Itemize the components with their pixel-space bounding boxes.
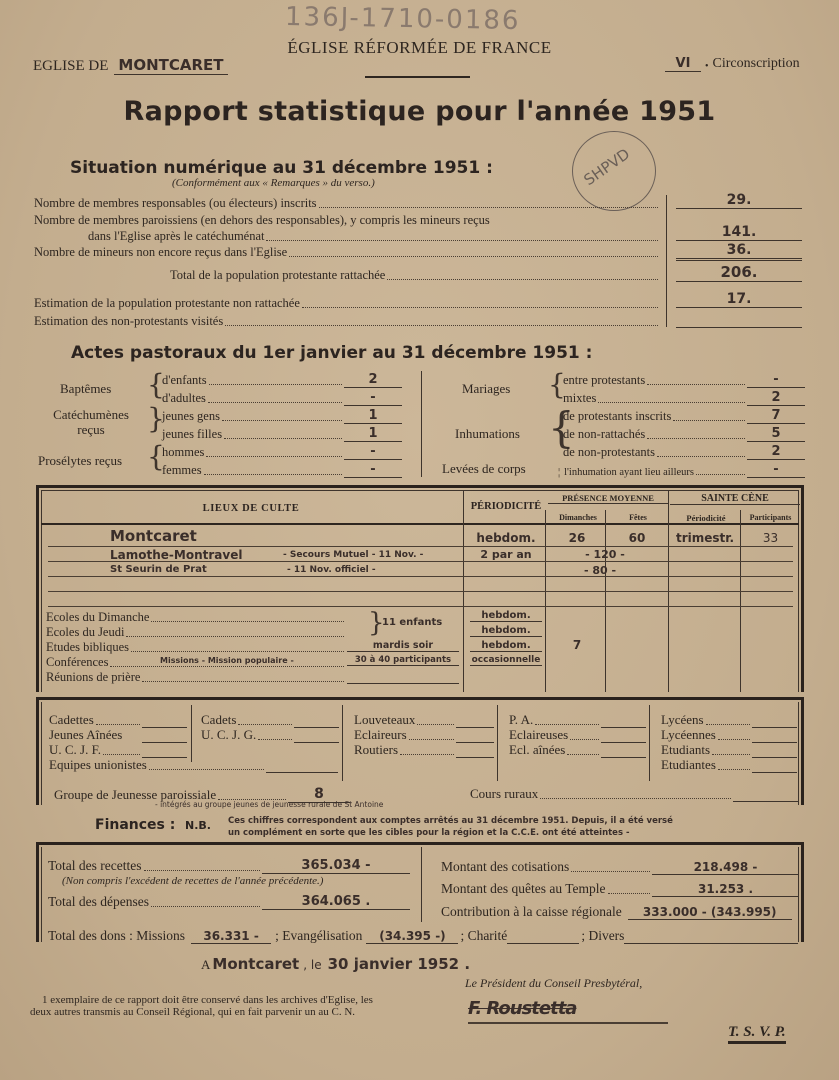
dons-row: Total des dons : Missions 36.331 - ; Eva… — [48, 928, 798, 944]
conferences-periodicite: occasionnelle — [470, 655, 542, 666]
header-sainte-cene: SAINTE CÈNE — [670, 493, 800, 505]
eglise-value: MONTCARET — [114, 56, 227, 75]
org-name: ÉGLISE RÉFORMÉE DE FRANCE — [0, 38, 839, 58]
finances-note-2: un complément en sorte que les cibles po… — [228, 828, 630, 838]
activity-row: Etudes bibliques — [46, 640, 346, 655]
lieu-row-2-periodicite: 2 par an — [470, 548, 542, 561]
jeunesse-row: U. C. J. F. — [49, 742, 187, 758]
date-value: 30 janvier 1952 . — [328, 955, 470, 973]
lieu-row-3-name: St Seurin de Prat — [110, 564, 207, 575]
lieu-row-1-participants: 33 — [742, 531, 799, 545]
levees-label: Levées de corps — [442, 461, 526, 477]
jeunesse-row: Equipes unionistes — [49, 757, 338, 773]
situation-row: dans l'Eglise après le catéchuménat — [88, 229, 660, 244]
jeunesse-row: Etudiantes — [661, 757, 797, 773]
president-signature: F. Roustetta — [468, 998, 576, 1019]
conferences-value: 30 à 40 participants — [347, 655, 459, 666]
jeunesse-row: Etudiants — [661, 742, 797, 758]
situation-row: Nombre de mineurs non encore reçus dans … — [34, 245, 660, 260]
dons-charite-value — [507, 943, 579, 944]
baptemes-label: Baptêmes — [60, 381, 111, 397]
eglise-label: EGLISE DE — [33, 58, 108, 75]
jeunesse-row: U. C. J. G. — [201, 727, 339, 743]
header-periodicite: PÉRIODICITÉ — [466, 501, 546, 512]
finances-note-1: Ces chiffres correspondent aux comptes a… — [228, 816, 673, 826]
jeunesse-row: Cadettes — [49, 712, 187, 728]
mariages-protestants-value: - — [747, 372, 805, 388]
proselytes-femmes-value: - — [344, 462, 402, 478]
baptemes-enfants-value: 2 — [344, 372, 402, 388]
activity-row: Ecoles du Jeudi — [46, 625, 346, 640]
baptemes-adultes-value: - — [344, 390, 402, 406]
situation-divider — [666, 195, 667, 327]
lieu-row-1-dimanches: 26 — [548, 531, 606, 545]
inhumations-non-rattaches-value: 5 — [747, 426, 805, 442]
inhumations-non-protestants-value: 2 — [747, 444, 805, 460]
jeunesse-row: Jeunes Aînées — [49, 727, 187, 743]
quetes-value: 31.253 . — [652, 882, 799, 897]
header-presence: PRÉSENCE MOYENNE — [548, 493, 668, 504]
situation-row: Nombre de membres paroissiens (en dehors… — [34, 213, 660, 228]
acte-row: de non-protestants2 — [563, 444, 805, 460]
circonscription-value: VI — [665, 56, 701, 72]
situation-row: Total de la population protestante ratta… — [170, 268, 660, 283]
catechumenes-filles-value: 1 — [344, 426, 402, 442]
jeunesse-row: Eclaireuses — [509, 727, 646, 743]
dons-missions-value: 36.331 - — [191, 929, 271, 944]
situation-row: Estimation des non-protestants visités — [34, 314, 660, 329]
membres-responsables-value: 29. — [676, 192, 802, 209]
contribution-row: Contribution à la caisse régionale333.00… — [441, 904, 821, 920]
lieu-row-3-note: - 11 Nov. officiel - — [287, 565, 376, 575]
acte-row: mixtes2 — [563, 390, 805, 406]
lieu-row-1-fetes: 60 — [608, 531, 666, 545]
recettes-row: Total des recettes365.034 - — [48, 858, 410, 874]
cotisations-row: Montant des cotisations218.498 - — [441, 859, 799, 875]
etudes-value: mardis soir — [347, 640, 459, 652]
acte-row: entre protestants- — [563, 372, 805, 388]
acte-row: ¦l'inhumation ayant lieu ailleurs- — [558, 462, 805, 478]
header-dimanches: Dimanches — [548, 513, 608, 522]
inhumations-inscrits-value: 7 — [747, 408, 805, 424]
president-label: Le Président du Conseil Presbytéral, — [465, 976, 642, 991]
activity-row: Ecoles du Dimanche — [46, 610, 346, 625]
place-value: Montcaret — [212, 955, 299, 973]
acte-row: de protestants inscrits7 — [563, 408, 805, 424]
finances-heading: Finances : — [95, 817, 175, 833]
tsvp-label: T. S. V. P. — [728, 1024, 786, 1044]
non-protestants-value — [676, 311, 802, 328]
mineurs-value: 36. — [676, 242, 802, 261]
lieu-row-2-presence: - 120 - — [560, 548, 650, 561]
inhumations-label: Inhumations — [455, 426, 520, 442]
levees-value: - — [747, 462, 805, 478]
contribution-value: 333.000 - (343.995) — [628, 905, 792, 920]
etudes-presence: 7 — [548, 638, 606, 652]
cotisations-value: 218.498 - — [652, 860, 799, 875]
situation-subheading: (Conformément aux « Remarques » du verso… — [172, 177, 375, 189]
dons-divers-value — [624, 943, 798, 944]
ecoles-value: 11 enfants — [382, 617, 442, 628]
header-participants: Participants — [742, 513, 799, 522]
header-rule — [41, 523, 799, 525]
depenses-row: Total des dépenses364.065 . — [48, 894, 410, 910]
situation-heading: Situation numérique au 31 décembre 1951 … — [70, 158, 493, 178]
recettes-note: (Non compris l'excédent de recettes de l… — [62, 875, 323, 887]
circonscription-label: Circonscription — [713, 56, 800, 72]
header-fetes: Fêtes — [608, 513, 668, 522]
proselytes-label: Prosélytes reçus — [38, 453, 122, 469]
lieu-row-1-periodicite: hebdom. — [470, 531, 542, 545]
jeunesse-row: Lycéens — [661, 712, 797, 728]
lieu-row-1-sc-periodicite: trimestr. — [670, 531, 740, 545]
jeunesse-row: Routiers — [354, 742, 494, 758]
recettes-value: 365.034 - — [262, 858, 410, 874]
lieu-row-2-note: - Secours Mutuel - 11 Nov. - — [283, 550, 423, 560]
acte-row: d'adultes- — [162, 390, 402, 406]
conferences-prefix: Missions - Mission populaire - — [160, 656, 294, 665]
lieu-row-3-presence: - 80 - — [560, 564, 640, 577]
header-divider — [365, 76, 470, 78]
header-lieux: LIEUX DE CULTE — [41, 503, 461, 514]
jeunesse-row: Eclaireurs — [354, 727, 494, 743]
mariages-label: Mariages — [462, 381, 510, 397]
acte-row: d'enfants2 — [162, 372, 402, 388]
archive-notice: 1 exemplaire de ce rapport doit être con… — [30, 994, 385, 1018]
actes-divider — [421, 371, 422, 477]
acte-row: femmes- — [162, 462, 402, 478]
situation-row: Estimation de la population protestante … — [34, 296, 660, 311]
finances-nb: N.B. — [185, 819, 211, 832]
jeunesse-row: Ecl. aînées — [509, 742, 646, 758]
stamp-text: SHPVD — [581, 145, 634, 189]
total-population-value: 206. — [676, 263, 802, 282]
actes-heading: Actes pastoraux du 1er janvier au 31 déc… — [71, 343, 592, 363]
header-sc-periodicite: Périodicité — [670, 513, 742, 523]
ecoles-dimanche-periodicite: hebdom. — [470, 610, 542, 622]
lieu-row-1-name: Montcaret — [110, 527, 197, 545]
catechumenes-gens-value: 1 — [344, 408, 402, 424]
catechumenes-label: Catéchumènes reçus — [46, 407, 136, 437]
cours-ruraux-row: Cours ruraux — [470, 786, 798, 802]
membres-paroissiens-value: 141. — [676, 224, 802, 241]
depenses-value: 364.065 . — [262, 894, 410, 910]
mariages-mixtes-value: 2 — [747, 390, 805, 406]
dons-evangelisation-value: (34.395 -) — [366, 929, 458, 944]
signature-place-date: A Montcaret , le 30 janvier 1952 . — [201, 955, 470, 973]
ecoles-jeudi-periodicite: hebdom. — [470, 625, 542, 637]
archive-reference: 136J-1710-0186 — [285, 2, 521, 36]
groupe-jeunesse-note: - intégrés au groupe jeunes de jeunesse … — [155, 800, 383, 809]
acte-row: de non-rattachés5 — [563, 426, 805, 442]
page-title: Rapport statistique pour l'année 1951 — [0, 96, 839, 127]
circonscription-field: VI • Circonscription — [665, 56, 800, 72]
situation-row: Nombre de membres responsables (ou élect… — [34, 196, 660, 211]
lieu-row-2-name: Lamothe-Montravel — [110, 548, 242, 562]
jeunesse-row: P. A. — [509, 712, 646, 728]
non-rattachee-value: 17. — [676, 291, 802, 308]
etudes-periodicite: hebdom. — [470, 640, 542, 652]
acte-row: hommes- — [162, 444, 402, 460]
jeunesse-row: Louveteaux — [354, 712, 494, 728]
acte-row: jeunes gens1 — [162, 408, 402, 424]
acte-row: jeunes filles1 — [162, 426, 402, 442]
eglise-field: EGLISE DE MONTCARET — [33, 56, 228, 75]
jeunesse-row: Lycéennes — [661, 727, 797, 743]
proselytes-hommes-value: - — [344, 444, 402, 460]
quetes-row: Montant des quêtes au Temple31.253 . — [441, 881, 799, 897]
jeunesse-row: Cadets — [201, 712, 339, 728]
activity-row: Réunions de prière — [46, 670, 346, 685]
